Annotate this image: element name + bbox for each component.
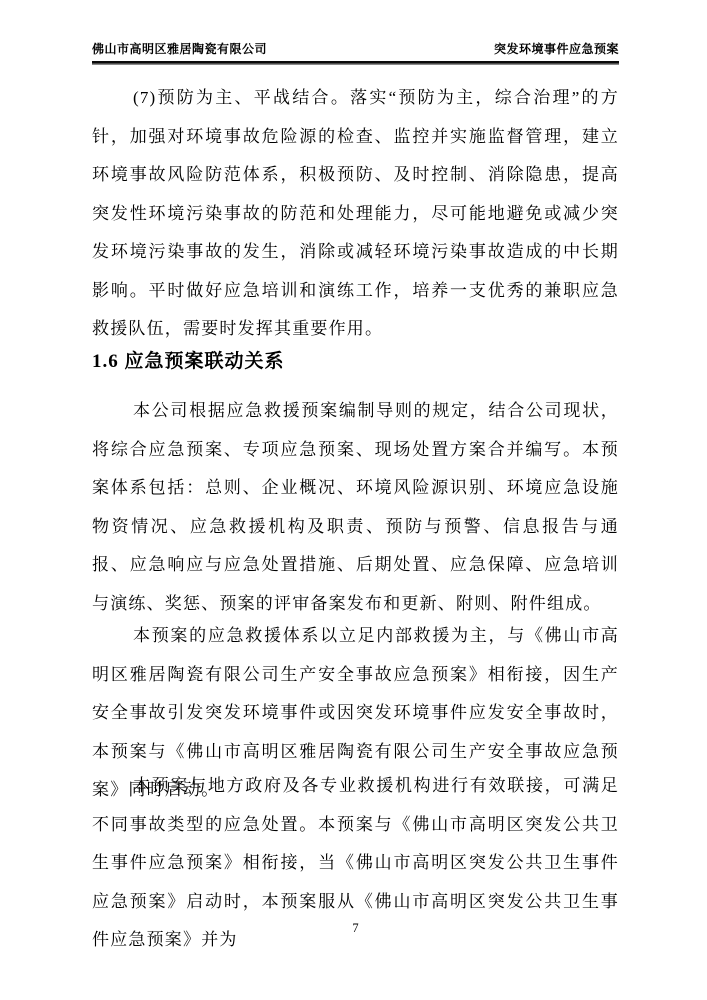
paragraph-plan-system: 本公司根据应急救援预案编制导则的规定，结合公司现状，将综合应急预案、专项应急预案…: [92, 392, 619, 623]
paragraph-guideline-7: (7)预防为主、平战结合。落实“预防为主，综合治理”的方针，加强对环境事故危险源…: [92, 79, 619, 349]
page-header: 佛山市高明区雅居陶瓷有限公司 突发环境事件应急预案: [92, 40, 619, 57]
header-document-title: 突发环境事件应急预案: [494, 40, 619, 57]
page-number: 7: [352, 921, 358, 935]
page-footer: 7: [92, 921, 619, 936]
header-company-name: 佛山市高明区雅居陶瓷有限公司: [92, 40, 267, 57]
document-page: 佛山市高明区雅居陶瓷有限公司 突发环境事件应急预案 (7)预防为主、平战结合。落…: [0, 0, 707, 1000]
header-rule: [92, 61, 619, 65]
section-heading-1-6: 1.6 应急预案联动关系: [92, 348, 619, 376]
